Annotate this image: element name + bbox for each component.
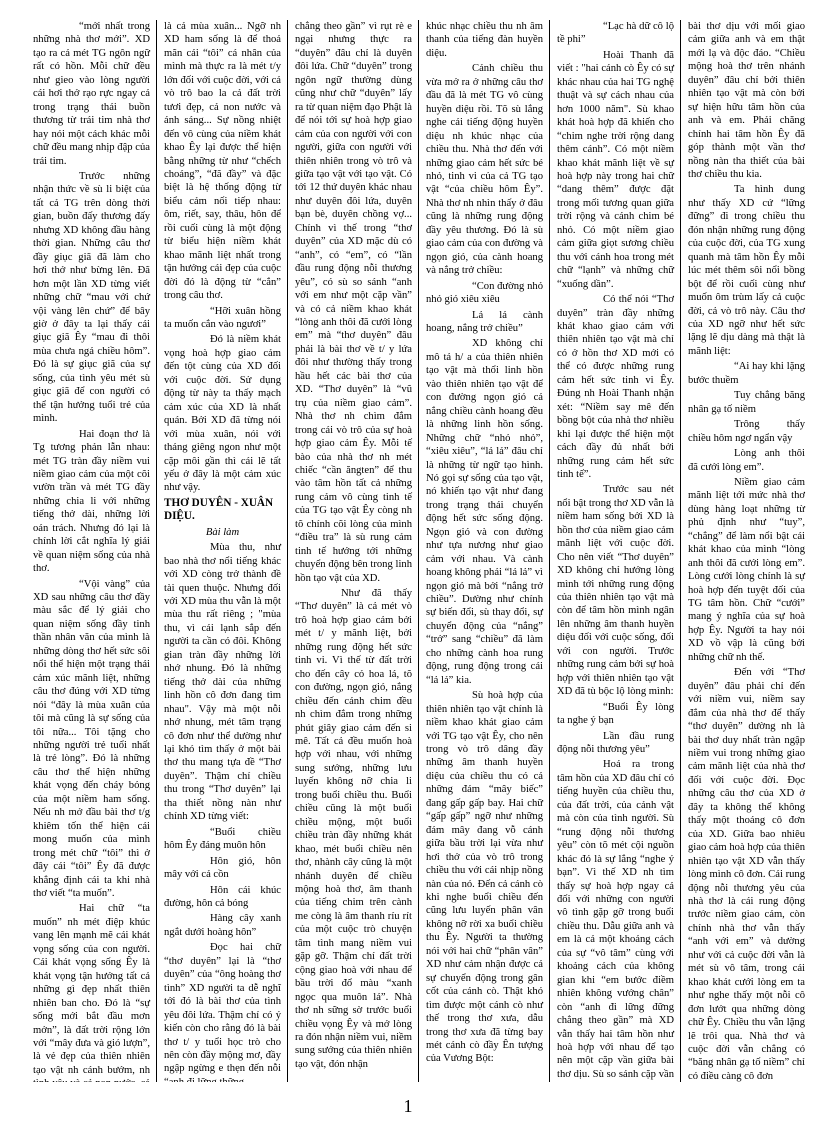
paragraph: chẳng theo gần” vì rụt rè e ngại nhưng t… bbox=[295, 20, 412, 585]
paragraph: Hoài Thanh đã viết : "hai cánh cò Êy có … bbox=[557, 49, 674, 291]
text-column-4: khúc nhạc chiều thu nh âm thanh của tiến… bbox=[418, 20, 549, 1082]
verse-line: “Ai hay khi lặng bước thuềm bbox=[688, 360, 805, 387]
paragraph: khúc nhạc chiều thu nh âm thanh của tiến… bbox=[426, 20, 543, 60]
text-column-3: chẳng theo gần” vì rụt rè e ngại nhưng t… bbox=[287, 20, 418, 1082]
paragraph: Niềm giao cảm mãnh liệt tới mức nhà thơ … bbox=[688, 476, 805, 664]
verse-line: Hàng cây xanh ngắt dưới hoàng hôn” bbox=[164, 912, 281, 939]
paragraph: Đó là niềm khát vọng hoà hợp giao cảm đế… bbox=[164, 333, 281, 494]
text-column-2: là cả mùa xuân... Ngỡ nh XD ham sống là … bbox=[156, 20, 287, 1082]
paragraph: Trước những nhận thức về sù li biệt của … bbox=[33, 170, 150, 426]
verse-line: “Buổi chiều hôm Êy đáng muôn hôn bbox=[164, 826, 281, 853]
document-page: “mới nhất trong những nhà thơ mới”. XD t… bbox=[26, 20, 796, 1082]
verse-line: Tuy chẳng băng nhân gạ tố niềm bbox=[688, 389, 805, 416]
paragraph: Có thể nói “Thơ duyên” tràn đầy những kh… bbox=[557, 293, 674, 481]
paragraph: Đến với “Thơ duyên” đâu phải chỉ đến với… bbox=[688, 666, 805, 1082]
verse-line: “Buổi Êy lòng ta nghe ý bạn bbox=[557, 701, 674, 728]
section-subtitle: Bài làm bbox=[164, 526, 281, 539]
paragraph: Đọc hai chữ “thơ duyên” lại là “thơ duyê… bbox=[164, 941, 281, 1082]
section-heading: THƠ DUYÊN - XUÂN DIỆU. bbox=[164, 497, 281, 524]
paragraph: Hoá ra trong tâm hồn của XD đâu chỉ có t… bbox=[557, 758, 674, 1082]
verse-line: Hôn cái khúc đường, hôn cả bóng bbox=[164, 884, 281, 911]
verse-line: “Lạc hà dữ cô lộ tề phi” bbox=[557, 20, 674, 47]
paragraph: Cảnh chiều thu vừa mở ra ở những câu thơ… bbox=[426, 62, 543, 277]
paragraph: là cả mùa xuân... Ngỡ nh XD ham sống là … bbox=[164, 20, 281, 303]
paragraph: Mùa thu, như bao nhà thơ nổi tiếng khác … bbox=[164, 541, 281, 824]
verse-line: Lần đầu rung động nỗi thương yêu” bbox=[557, 730, 674, 757]
paragraph: Sù hoà hợp của thiên nhiên tạo vật chính… bbox=[426, 689, 543, 1066]
paragraph: “Vội vàng” của XD sau những câu thơ đầy … bbox=[33, 578, 150, 901]
paragraph: Hai chữ “ta muốn” nh mét điệp khúc vang … bbox=[33, 902, 150, 1082]
verse-line: “Hỡi xuân hồng ta muốn cắn vào ngươi” bbox=[164, 305, 281, 332]
verse-line: Trông thấy chiều hôm ngơ ngẩn vậy bbox=[688, 418, 805, 445]
paragraph: Trước sau nét nổi bật trong thơ XD vẫn l… bbox=[557, 483, 674, 698]
verse-line: Hôn gió, hôn mây với cả cồn bbox=[164, 855, 281, 882]
text-column-6: bài thơ dịu với mối giao cảm giữa anh và… bbox=[680, 20, 811, 1082]
paragraph: bài thơ dịu với mối giao cảm giữa anh và… bbox=[688, 20, 805, 181]
paragraph: Hai đoạn thơ là Tg tương phản lẫn nhau: … bbox=[33, 428, 150, 576]
verse-line: Lòng anh thôi đã cưới lòng em”. bbox=[688, 447, 805, 474]
text-column-1: “mới nhất trong những nhà thơ mới”. XD t… bbox=[26, 20, 156, 1082]
verse-line: “Con đường nhỏ nhỏ gió xiêu xiêu bbox=[426, 280, 543, 307]
paragraph: Như đã thấy “Thơ duyên” là cả mét vò trô… bbox=[295, 587, 412, 1071]
paragraph: XD không chỉ mô tả h/ a của thiên nhiên … bbox=[426, 337, 543, 687]
paragraph: Ta hình dung như thấy XD cứ “lững đững” … bbox=[688, 183, 805, 358]
paragraph: “mới nhất trong những nhà thơ mới”. XD t… bbox=[33, 20, 150, 168]
text-column-5: “Lạc hà dữ cô lộ tề phi”Hoài Thanh đã vi… bbox=[549, 20, 680, 1082]
verse-line: Lả lả cành hoang, nắng trở chiều” bbox=[426, 309, 543, 336]
page-number: 1 bbox=[0, 1096, 816, 1117]
